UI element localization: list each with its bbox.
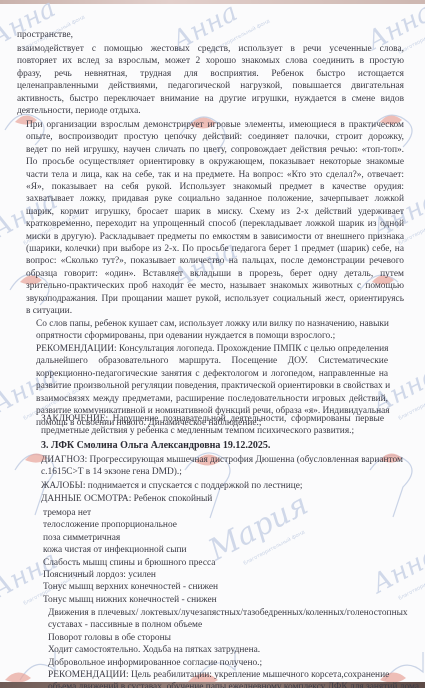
watermark-subtitle: благотворительный фонд (398, 564, 425, 602)
intro-fragment: пространстве, (17, 29, 317, 41)
exam-item: кожа чистая от инфекционной сыпи (43, 544, 386, 556)
exam-item: Добровольное информированное согласие по… (48, 657, 388, 669)
exam-item: Слабость мышц спины и брюшного пресса (43, 557, 386, 569)
exam-heading: ДАННЫЕ ОСМОТРА: Ребенок спокойный (41, 493, 384, 505)
watermark-subtitle: благотворительный фонд (398, 384, 425, 422)
recommendations-lfk: РЕКОМЕНДАЦИИ: Цель реабилитации: укрепле… (48, 669, 388, 688)
exam-item: Поворот головы в обе стороны (48, 632, 388, 644)
paragraph-speech-behavior: взаимодействует с помощью жестовых средс… (17, 43, 404, 117)
exam-findings-list-2: Поворот головы в обе стороны Ходит самос… (48, 632, 388, 669)
scan-top-edge (0, 0, 425, 4)
exam-item: Ходит самостоятельно. Ходьба на пятках з… (48, 644, 388, 656)
conclusion: ЗАКЛЮЧЕНИЕ: Нарушение познавательной дея… (41, 413, 384, 438)
complaints: ЖАЛОБЫ: поднимается и спускается с подде… (41, 480, 384, 492)
exam-item: Тонус мышц нижних конечностей - снижен (43, 594, 386, 606)
exam-item: Поясничный лордоз: усилен (43, 569, 386, 581)
exam-item: телосложение пропорциональное (43, 519, 386, 531)
exam-item: тремора нет (43, 507, 386, 519)
exam-item: поза симметричная (43, 532, 386, 544)
exam-findings-list: тремора нет телосложение пропорционально… (43, 507, 386, 606)
joint-movements: Движения в плечевых/ локтевых/лучезапяст… (48, 607, 388, 632)
diagnosis: ДИАГНОЗ: Прогрессирующая мышечная дистро… (41, 454, 384, 479)
paragraph-self-care: Со слов папы, ребенок кушает сам, исполь… (36, 318, 388, 343)
section-heading-lfk: 3. ЛФК Смолина Ольга Александровна 19.12… (41, 440, 384, 452)
exam-item: Тонус мышц верхних конечностей - снижен (43, 581, 386, 593)
paragraph-play-activity: При организации взрослым демонстрирует и… (26, 119, 404, 318)
